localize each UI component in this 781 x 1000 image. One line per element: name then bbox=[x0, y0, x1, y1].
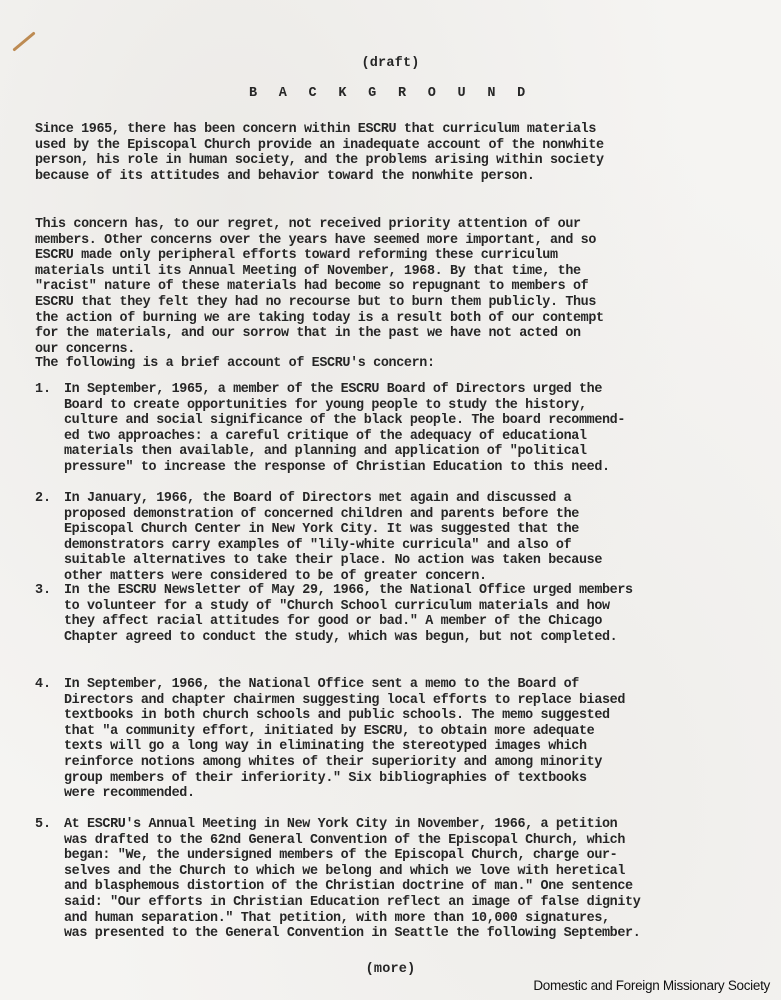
list-item-line: suitable alternatives to take their plac… bbox=[64, 553, 602, 568]
list-item-line: Episcopal Church Center in New York City… bbox=[64, 522, 579, 537]
list-item-number: 5. bbox=[35, 817, 51, 832]
paragraph-line: members. Other concerns over the years h… bbox=[35, 233, 596, 248]
paragraph-line: our concerns. bbox=[35, 342, 135, 357]
paragraph-line: used by the Episcopal Church provide an … bbox=[35, 138, 604, 153]
ink-stain bbox=[12, 31, 35, 51]
paragraph-line: ESCRU that they felt they had no recours… bbox=[35, 295, 596, 310]
list-item-line: were recommended. bbox=[64, 786, 195, 801]
list-item-line: was drafted to the 62nd General Conventi… bbox=[64, 833, 625, 848]
list-item-line: they affect racial attitudes for good or… bbox=[64, 614, 602, 629]
paragraph-line: the action of burning we are taking toda… bbox=[35, 311, 604, 326]
list-item-line: culture and social significance of the b… bbox=[64, 413, 625, 428]
list-item-line: ed two approaches: a careful critique of… bbox=[64, 429, 587, 444]
list-item-line: texts will go a long way in eliminating … bbox=[64, 739, 587, 754]
paragraph-line: Since 1965, there has been concern withi… bbox=[35, 122, 596, 137]
list-item-number: 2. bbox=[35, 491, 51, 506]
list-item-line: Board to create opportunities for young … bbox=[64, 398, 587, 413]
list-item-line: said: "Our efforts in Christian Educatio… bbox=[64, 895, 640, 910]
list-item-line: textbooks in both church schools and pub… bbox=[64, 708, 610, 723]
archive-credit: Domestic and Foreign Missionary Society bbox=[533, 978, 770, 993]
list-item-line: that "a community effort, initiated by E… bbox=[64, 724, 594, 739]
list-item-line: group members of their inferiority." Six… bbox=[64, 771, 587, 786]
list-item-line: selves and the Church to which we belong… bbox=[64, 864, 625, 879]
paragraph-line: ESCRU made only peripheral efforts towar… bbox=[35, 248, 558, 263]
list-item-line: Chapter agreed to conduct the study, whi… bbox=[64, 630, 617, 645]
list-item-line: At ESCRU's Annual Meeting in New York Ci… bbox=[64, 817, 617, 832]
document-page: (draft) B A C K G R O U N D Since 1965, … bbox=[0, 0, 781, 1000]
list-item-line: to volunteer for a study of "Church Scho… bbox=[64, 599, 610, 614]
list-item-line: In September, 1965, a member of the ESCR… bbox=[64, 382, 602, 397]
paragraph-line: for the materials, and our sorrow that i… bbox=[35, 326, 581, 341]
list-item-number: 4. bbox=[35, 677, 51, 692]
list-item-line: reinforce notions among whites of their … bbox=[64, 755, 602, 770]
paragraph-line: This concern has, to our regret, not rec… bbox=[35, 217, 581, 232]
list-item-number: 1. bbox=[35, 382, 51, 397]
draft-label: (draft) bbox=[0, 56, 781, 71]
list-item-line: and human separation." That petition, wi… bbox=[64, 911, 610, 926]
paragraph-line: materials until its Annual Meeting of No… bbox=[35, 264, 581, 279]
list-item-number: 3. bbox=[35, 583, 51, 598]
list-item-line: demonstrators carry examples of "lily-wh… bbox=[64, 538, 571, 553]
paragraph-line: "racist" nature of these materials had b… bbox=[35, 279, 588, 294]
list-item-line: and blasphemous distortion of the Christ… bbox=[64, 879, 633, 894]
more-label: (more) bbox=[0, 962, 781, 977]
list-item-line: Directors and chapter chairmen suggestin… bbox=[64, 693, 625, 708]
list-item-line: In September, 1966, the National Office … bbox=[64, 677, 579, 692]
paragraph-line: because of its attitudes and behavior to… bbox=[35, 169, 535, 184]
document-title: B A C K G R O U N D bbox=[0, 86, 781, 101]
list-item-line: pressure" to increase the response of Ch… bbox=[64, 460, 610, 475]
list-item-line: materials then available, and planning a… bbox=[64, 444, 587, 459]
list-item-line: other matters were considered to be of g… bbox=[64, 569, 487, 584]
list-item-line: began: "We, the undersigned members of t… bbox=[64, 848, 617, 863]
list-item-line: In January, 1966, the Board of Directors… bbox=[64, 491, 571, 506]
paragraph-line: person, his role in human society, and t… bbox=[35, 153, 604, 168]
list-item-line: was presented to the General Convention … bbox=[64, 926, 640, 941]
list-item-line: proposed demonstration of concerned chil… bbox=[64, 507, 579, 522]
paragraph-line: The following is a brief account of ESCR… bbox=[35, 356, 435, 371]
list-item-line: In the ESCRU Newsletter of May 29, 1966,… bbox=[64, 583, 633, 598]
